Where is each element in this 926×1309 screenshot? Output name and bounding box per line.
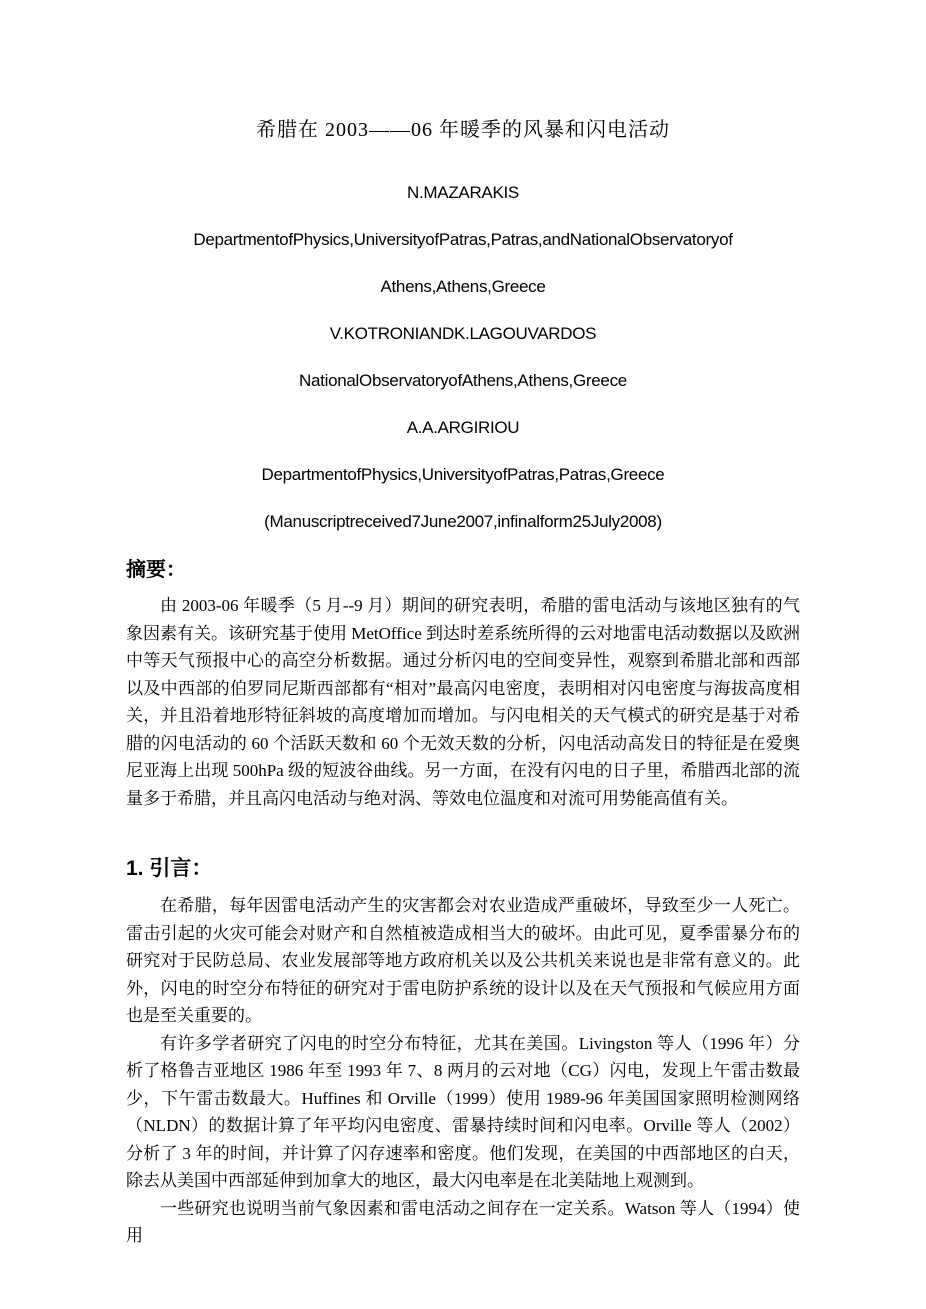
abstract-body: 由 2003-06 年暖季（5 月--9 月）期间的研究表明，希腊的雷电活动与该…: [126, 592, 800, 812]
paragraph: 在希腊，每年因雷电活动产生的灾害都会对农业造成严重破坏，导致至少一人死亡。雷击引…: [126, 892, 800, 1030]
paragraph: 一些研究也说明当前气象因素和雷电活动之间存在一定关系。Watson 等人（199…: [126, 1195, 800, 1250]
affiliation-line: Athens,Athens,Greece: [126, 263, 800, 310]
manuscript-received-note: (Manuscriptreceived7June2007,infinalform…: [126, 498, 800, 545]
author-name: N.MAZARAKIS: [126, 169, 800, 216]
affiliation-line: NationalObservatoryofAthens,Athens,Greec…: [126, 357, 800, 404]
document-page: 希腊在 2003——06 年暖季的风暴和闪电活动 N.MAZARAKIS Dep…: [0, 0, 926, 1309]
author-block: N.MAZARAKIS DepartmentofPhysics,Universi…: [126, 169, 800, 545]
paragraph: 有许多学者研究了闪电的时空分布特征，尤其在美国。Livingston 等人（19…: [126, 1030, 800, 1195]
affiliation-line: DepartmentofPhysics,UniversityofPatras,P…: [126, 451, 800, 498]
abstract-heading: 摘要：: [126, 556, 800, 584]
affiliation-line: DepartmentofPhysics,UniversityofPatras,P…: [126, 216, 800, 263]
introduction-heading: 1. 引言：: [126, 854, 800, 884]
author-name: A.A.ARGIRIOU: [126, 404, 800, 451]
author-name: V.KOTRONIANDK.LAGOUVARDOS: [126, 310, 800, 357]
paper-title: 希腊在 2003——06 年暖季的风暴和闪电活动: [126, 112, 800, 148]
